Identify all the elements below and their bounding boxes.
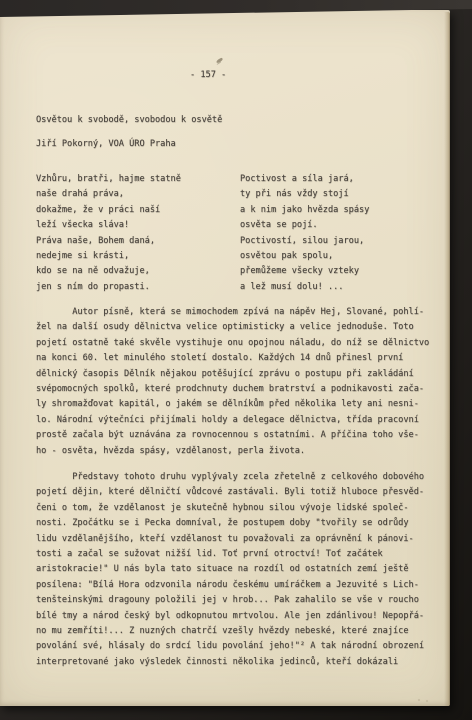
author-byline: Jiří Pokorný, VOA ÚRO Praha xyxy=(36,137,176,152)
article-title: Osvětou k svobodě, svobodou k osvětě xyxy=(36,113,222,128)
poem-left-column: Vzhůru, bratři, hajme statně naše drahá … xyxy=(36,172,181,295)
page-number: - 157 - xyxy=(190,68,226,83)
body-paragraph-2: Představy tohoto druhu vyplývaly zcela z… xyxy=(36,470,424,670)
poem-right-column: Poctivost a síla jará, ty při nás vždy s… xyxy=(240,172,369,295)
scanner-background: - 157 - Osvětou k svobodě, svobodou k os… xyxy=(0,0,472,720)
pencil-smudge xyxy=(416,698,432,703)
document-page: - 157 - Osvětou k svobodě, svobodou k os… xyxy=(0,10,450,706)
body-paragraph-1: Autor písně, která se mimochodem zpívá n… xyxy=(36,305,429,459)
page-stack-edge xyxy=(444,12,450,706)
ink-smudge xyxy=(216,57,224,63)
